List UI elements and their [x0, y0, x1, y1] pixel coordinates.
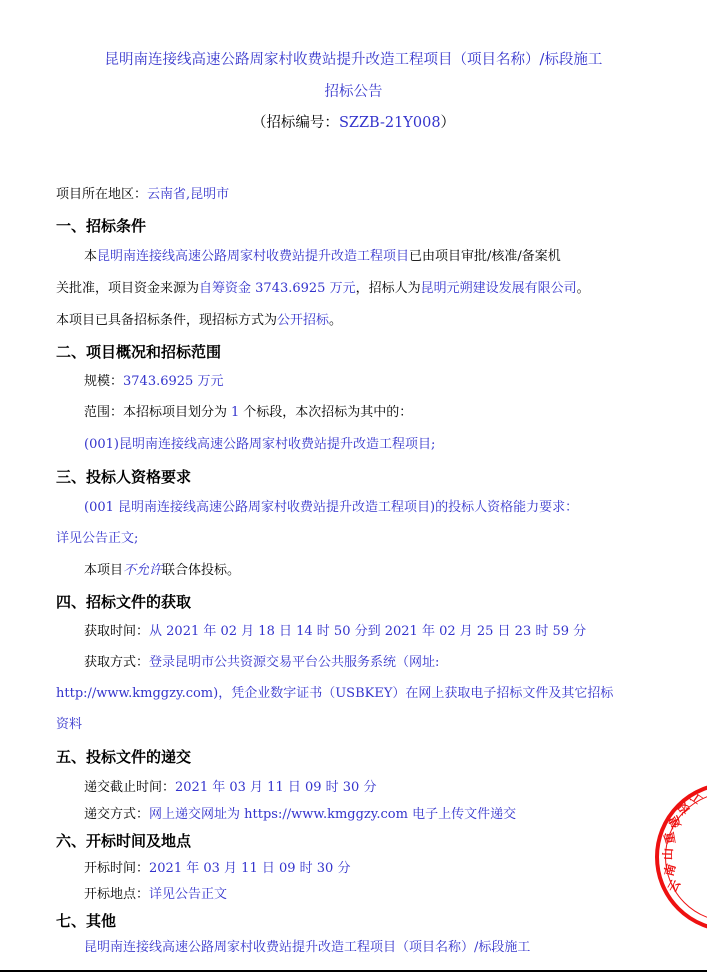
fund-source: 自筹资金 3743.6925 万元 [199, 281, 356, 296]
acquisition-method-value: 登录昆明市公共资源交易平台公共服务系统（网址: [149, 655, 439, 670]
page-bottom-rule [0, 970, 707, 972]
text: 本项目 [84, 563, 123, 578]
qualification-detail: 详见公告正文; [56, 531, 138, 547]
submission-method-label: 递交方式： [84, 807, 149, 822]
submission-method-value[interactable]: 网上递交网址为 https://www.kmggzy.com 电子上传文件递交 [149, 807, 516, 822]
section-5-heading: 五、投标文件的递交 [56, 748, 191, 766]
acquisition-method-link[interactable]: http://www.kmggzy.com)，凭企业数字证书（USBKEY）在网… [56, 686, 613, 702]
scale-value: 3743.6925 万元 [123, 374, 223, 389]
tenderer-name: 昆明元朔建设发展有限公司 [421, 281, 577, 296]
tender-number-suffix: ） [441, 115, 456, 131]
acquisition-method-tail: 资料 [56, 717, 82, 733]
location-label: 项目所在地区： [56, 187, 147, 202]
opening-time-value: 2021 年 03 月 11 日 09 时 30 分 [149, 861, 350, 876]
announcement-page: 昆明南连接线高速公路周家村收费站提升改造工程项目（项目名称）/标段施工 招标公告… [0, 0, 707, 977]
section-1-heading: 一、招标条件 [56, 217, 146, 235]
scope-line: 范围：本招标项目划分为1个标段，本次招标为其中的： [84, 405, 412, 421]
lot-count: 1 [231, 405, 239, 420]
section-4-heading: 四、招标文件的获取 [56, 593, 191, 611]
text: 范围：本招标项目划分为 [84, 405, 227, 420]
text: 本 [84, 249, 97, 264]
text: 本项目已具备招标条件，现招标方式为 [56, 313, 277, 328]
submission-deadline-value: 2021 年 03 月 11 日 09 时 30 分 [175, 780, 376, 795]
acquisition-method: 获取方式：登录昆明市公共资源交易平台公共服务系统（网址: [84, 655, 439, 671]
lot-item: (001)昆明南连接线高速公路周家村收费站提升改造工程项目; [84, 437, 435, 453]
section-1-paragraph-line-2: 关批准，项目资金来源为自筹资金 3743.6925 万元，招标人为昆明元朔建设发… [56, 281, 590, 297]
text: ，招标人为 [356, 281, 421, 296]
acquisition-time-value: 从 2021 年 02 月 18 日 14 时 50 分到 2021 年 02 … [149, 624, 586, 639]
text: 联合体投标。 [162, 563, 240, 578]
opening-place-label: 开标地点： [84, 887, 149, 902]
other-text: 昆明南连接线高速公路周家村收费站提升改造工程项目（项目名称）/标段施工 [84, 940, 530, 956]
project-name: 昆明南连接线高速公路周家村收费站提升改造工程项目 [97, 249, 409, 264]
text: 个标段，本次招标为其中的： [243, 405, 412, 420]
qualification-requirement: (001 昆明南连接线高速公路周家村收费站提升改造工程项目)的投标人资格能力要求… [84, 500, 578, 516]
section-7-heading: 七、其他 [56, 912, 116, 930]
tender-number-prefix: （招标编号： [252, 115, 339, 131]
opening-place: 开标地点：详见公告正文 [84, 887, 227, 903]
consortium-line: 本项目不允许联合体投标。 [84, 563, 240, 579]
seal-char: 山 [662, 848, 674, 860]
acquisition-method-label: 获取方式： [84, 655, 149, 670]
seal-char: 重 [663, 831, 677, 845]
tender-number: （招标编号：SZZB-21Y008） [0, 114, 707, 132]
tender-number-value: SZZB-21Y008 [339, 115, 441, 131]
project-location: 项目所在地区：云南省,昆明市 [56, 187, 229, 203]
acquisition-time-label: 获取时间： [84, 624, 149, 639]
tender-method: 公开招标 [277, 313, 329, 328]
scale-label: 规模： [84, 374, 123, 389]
acquisition-time: 获取时间：从 2021 年 02 月 18 日 14 时 50 分到 2021 … [84, 624, 586, 640]
location-value: 云南省,昆明市 [147, 187, 229, 202]
submission-deadline-label: 递交截止时间： [84, 780, 175, 795]
text: 。 [329, 313, 342, 328]
title-line-1: 昆明南连接线高速公路周家村收费站提升改造工程项目（项目名称）/标段施工 [0, 51, 707, 69]
consortium-value: 不允许 [123, 563, 162, 578]
submission-method: 递交方式：网上递交网址为 https://www.kmggzy.com 电子上传… [84, 807, 516, 823]
title-line-2: 招标公告 [0, 83, 707, 101]
text: 。 [577, 281, 590, 296]
submission-deadline: 递交截止时间：2021 年 03 月 11 日 09 时 30 分 [84, 780, 376, 796]
scale-line: 规模：3743.6925 万元 [84, 374, 223, 390]
section-6-heading: 六、开标时间及地点 [56, 832, 191, 850]
section-1-paragraph-line-1: 本昆明南连接线高速公路周家村收费站提升改造工程项目已由项目审批/核准/备案机 [84, 249, 561, 265]
opening-place-value: 详见公告正文 [149, 887, 227, 902]
section-3-heading: 三、投标人资格要求 [56, 468, 191, 486]
text: 关批准，项目资金来源为 [56, 281, 199, 296]
section-2-heading: 二、项目概况和招标范围 [56, 343, 221, 361]
text: 已由项目审批/核准/备案机 [409, 249, 561, 264]
section-1-paragraph-line-3: 本项目已具备招标条件，现招标方式为公开招标。 [56, 313, 342, 329]
opening-time: 开标时间：2021 年 03 月 11 日 09 时 30 分 [84, 861, 350, 877]
opening-time-label: 开标时间： [84, 861, 149, 876]
